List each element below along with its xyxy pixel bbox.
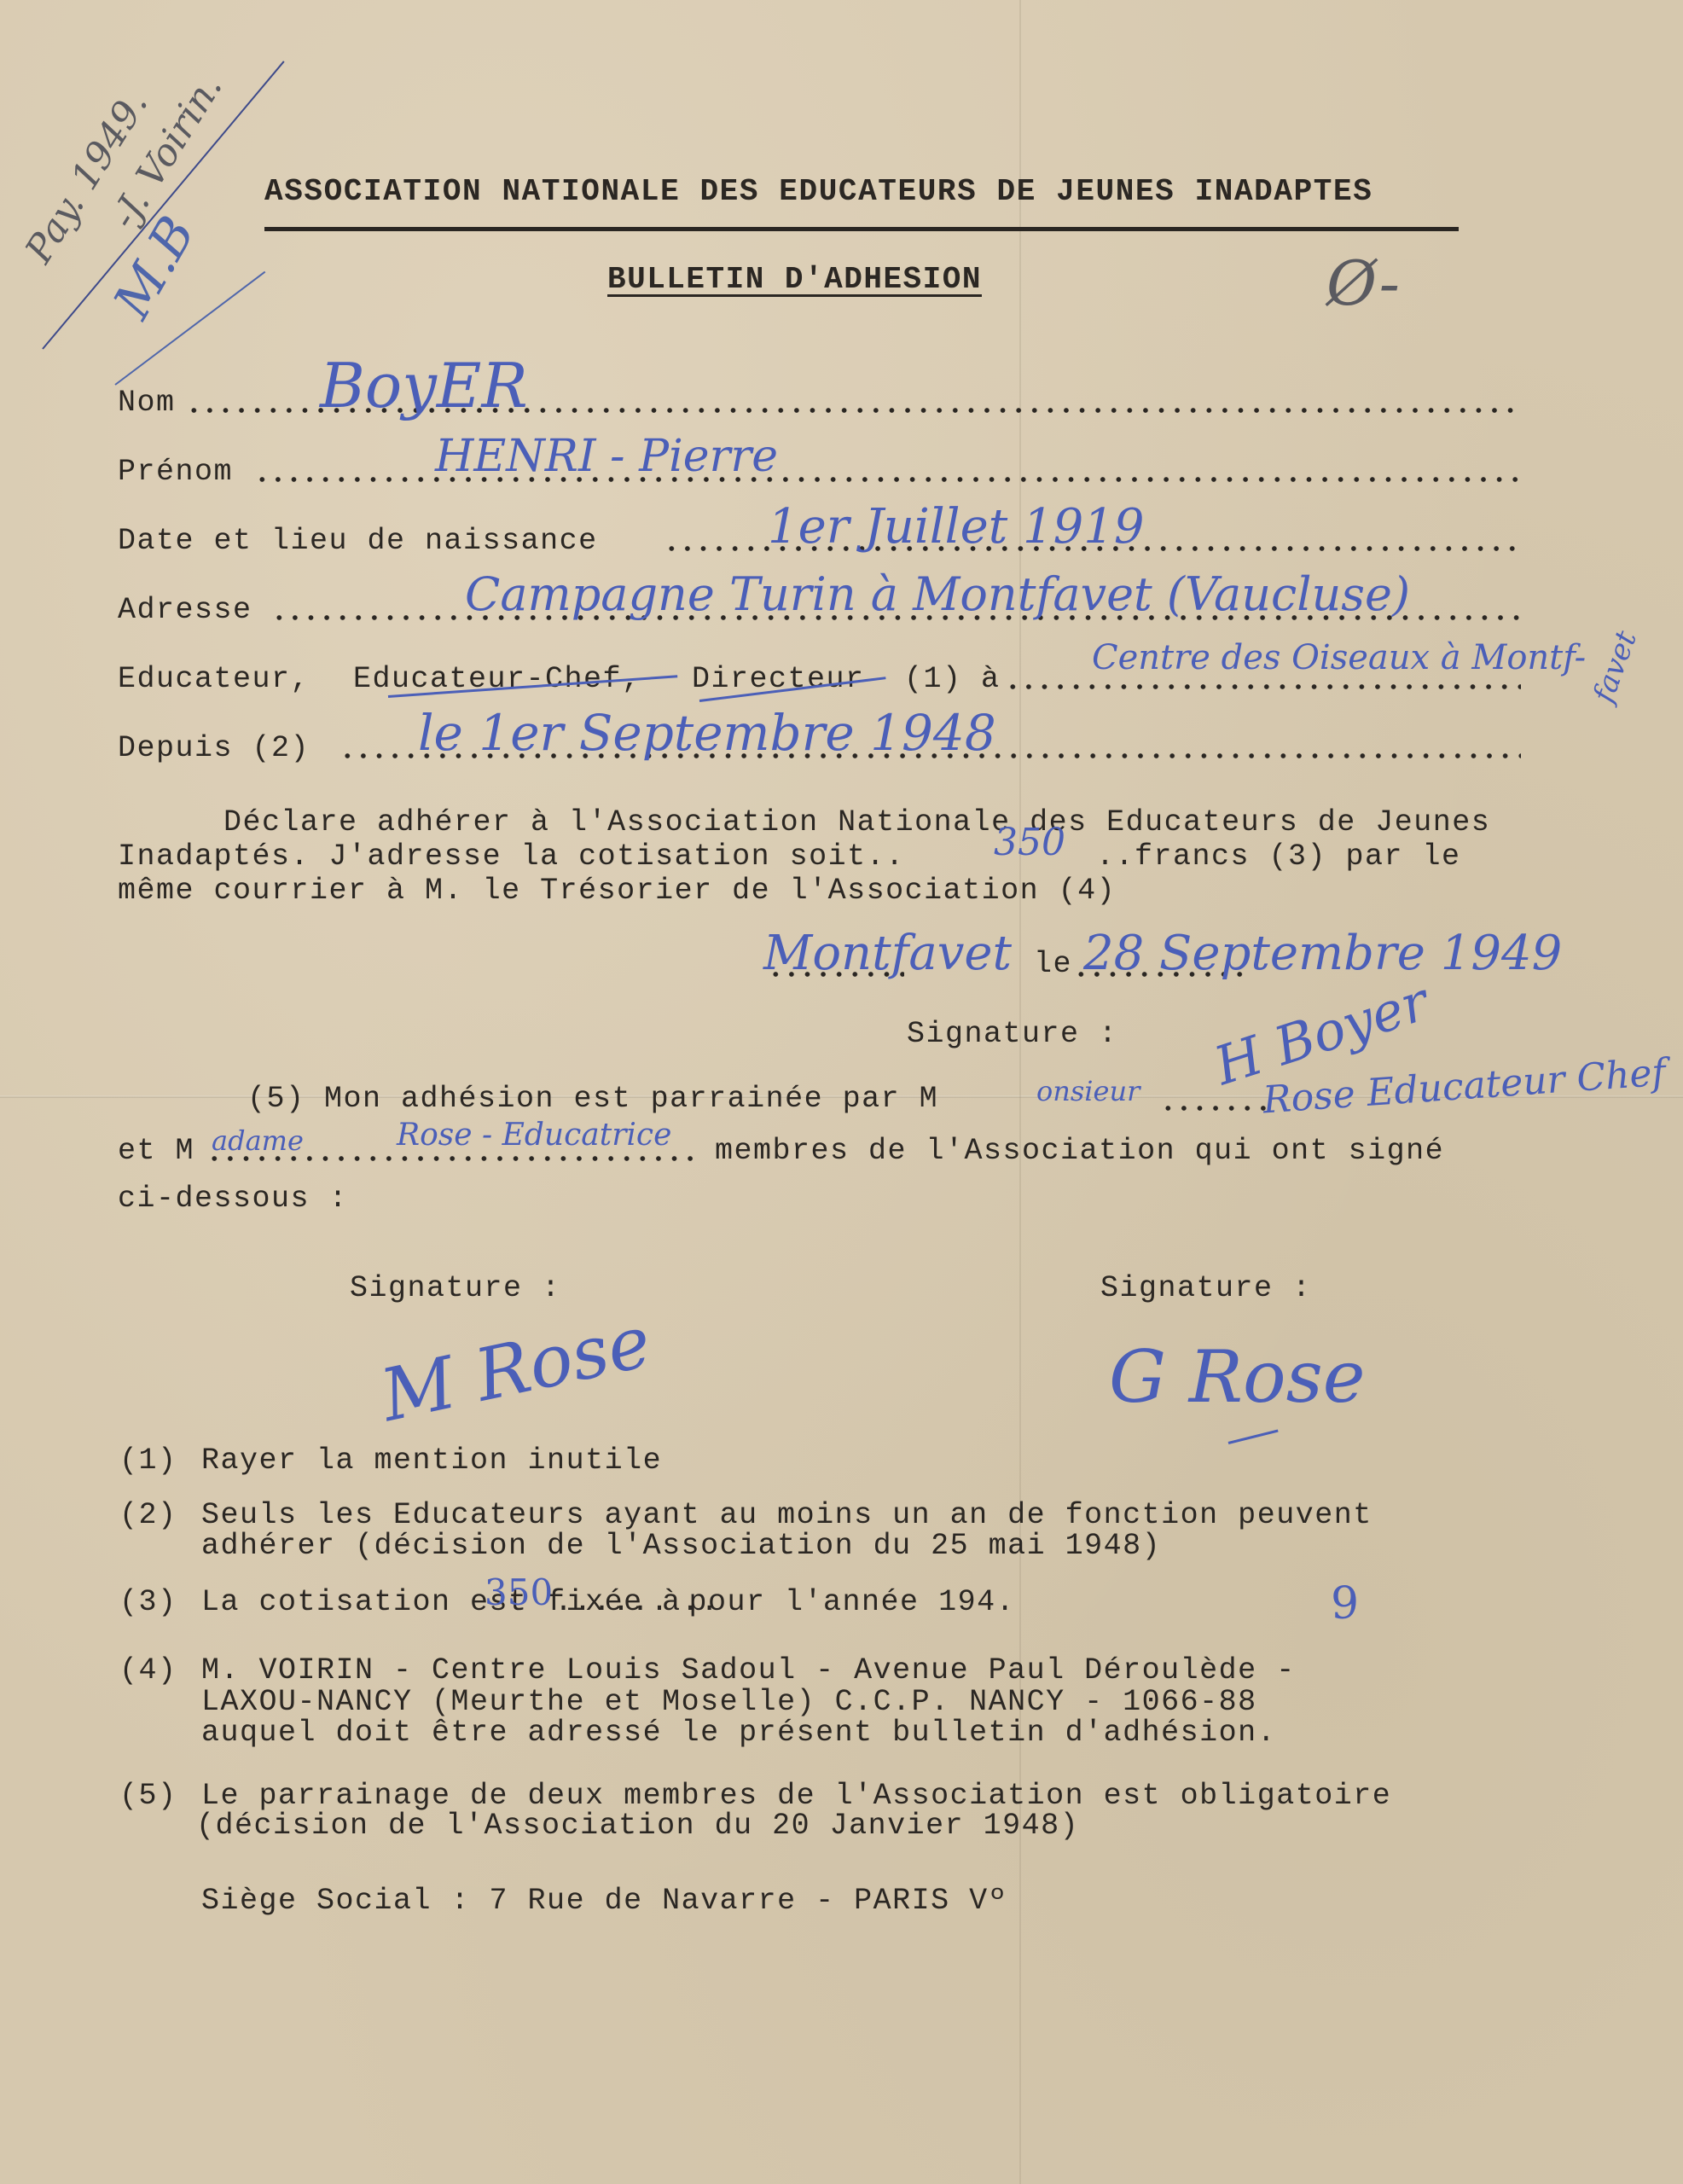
sponsor1-dotted-line (1160, 1105, 1271, 1112)
corner-mark: Ø- (1326, 247, 1400, 319)
naissance-value[interactable]: 1er Juillet 1919 (768, 499, 1145, 555)
adresse-value[interactable]: Campagne Turin à Montfavet (Vaucluse) (465, 567, 1410, 621)
footnote-4-num: (4) (119, 1653, 177, 1687)
cotisation-amount[interactable]: 350 (994, 821, 1065, 864)
prenom-value[interactable]: HENRI - Pierre (435, 431, 778, 482)
footnote-1-text: Rayer la mention inutile (201, 1443, 662, 1478)
nom-label: Nom (118, 386, 176, 420)
depuis-label: Depuis (2) (118, 731, 310, 765)
fonction-value-continued: favet (1587, 626, 1644, 706)
sponsorship-line-2-prefix: et M (118, 1134, 194, 1168)
footnote-3-text-b: ...... pour l'année 194. (554, 1585, 1015, 1619)
declaration-line-2a: Inadaptés. J'adresse la cotisation soit.… (118, 839, 905, 874)
sponsor2-name[interactable]: Rose - Educatrice (397, 1118, 671, 1153)
siege-social: Siège Social : 7 Rue de Navarre - PARIS … (201, 1884, 1007, 1918)
form-title: BULLETIN D'ADHESION (607, 262, 982, 297)
fonction-value[interactable]: Centre des Oiseaux à Montf- (1092, 638, 1586, 677)
place-value[interactable]: Montfavet (763, 926, 1012, 981)
fonction-chef-label: Educateur-Chef, (353, 662, 641, 696)
footnote-3-num: (3) (119, 1585, 177, 1619)
prenom-label: Prénom (118, 455, 233, 489)
naissance-label: Date et lieu de naissance (118, 524, 598, 558)
footnote-1-num: (1) (119, 1443, 177, 1478)
footnote-4-line-2: LAXOU-NANCY (Meurthe et Moselle) C.C.P. … (201, 1685, 1257, 1719)
footnote-2-line-2: adhérer (décision de l'Association du 25… (201, 1529, 1161, 1563)
footnote-5-num: (5) (119, 1779, 177, 1813)
footnote-2-num: (2) (119, 1498, 177, 1532)
sponsorship-line-3: ci-dessous : (118, 1182, 348, 1216)
header-rule (264, 227, 1459, 231)
sponsor1-signature-label: Signature : (350, 1271, 561, 1305)
nom-value[interactable]: BoyER (320, 350, 528, 421)
footnote-4-line-1: M. VOIRIN - Centre Louis Sadoul - Avenue… (201, 1653, 1296, 1687)
sponsorship-line-2-suffix: membres de l'Association qui ont signé (715, 1134, 1444, 1168)
sponsor2-signature-underline (1228, 1430, 1279, 1444)
sponsor2-title: adame (212, 1124, 304, 1157)
date-value[interactable]: 28 Septembre 1949 (1083, 926, 1562, 981)
signature-label: Signature : (907, 1017, 1118, 1051)
sponsor2-signature[interactable]: G Rose (1109, 1335, 1365, 1419)
footnote-2-line-1: Seuls les Educateurs ayant au moins un a… (201, 1498, 1373, 1532)
fonction-educateur-label: Educateur, (118, 662, 310, 696)
sponsor2-signature-label: Signature : (1100, 1271, 1312, 1305)
sponsorship-line-1-prefix: (5) Mon adhésion est parrainée par M (247, 1082, 938, 1116)
fonction-suffix-label: (1) à (904, 662, 1001, 696)
footnote-3-year-digit[interactable]: 9 (1331, 1578, 1359, 1629)
declaration-line-1: Déclare adhérer à l'Association National… (223, 805, 1490, 839)
margin-initials: M.B (102, 206, 207, 328)
declaration-line-2b: ..francs (3) par le (1096, 839, 1461, 874)
sponsor1-title: onsieur (1036, 1075, 1140, 1107)
sponsor1-signature[interactable]: M Rose (374, 1299, 658, 1438)
footnote-5-line-1: Le parrainage de deux membres de l'Assoc… (201, 1779, 1391, 1813)
organization-title: ASSOCIATION NATIONALE DES EDUCATEURS DE … (264, 174, 1373, 209)
footnote-3-amount[interactable]: 350 (485, 1571, 553, 1613)
declaration-line-3: même courrier à M. le Trésorier de l'Ass… (118, 874, 1116, 908)
le-label: le (1034, 947, 1072, 981)
fonction-dotted-line (1005, 683, 1521, 690)
footnote-5-line-2: (décision de l'Association du 20 Janvier… (196, 1809, 1079, 1843)
paper-fold-vertical (1019, 0, 1021, 2184)
footnote-4-line-3: auquel doit être adressé le présent bull… (201, 1716, 1276, 1750)
depuis-value[interactable]: le 1er Septembre 1948 (418, 704, 996, 762)
adresse-label: Adresse (118, 593, 252, 627)
